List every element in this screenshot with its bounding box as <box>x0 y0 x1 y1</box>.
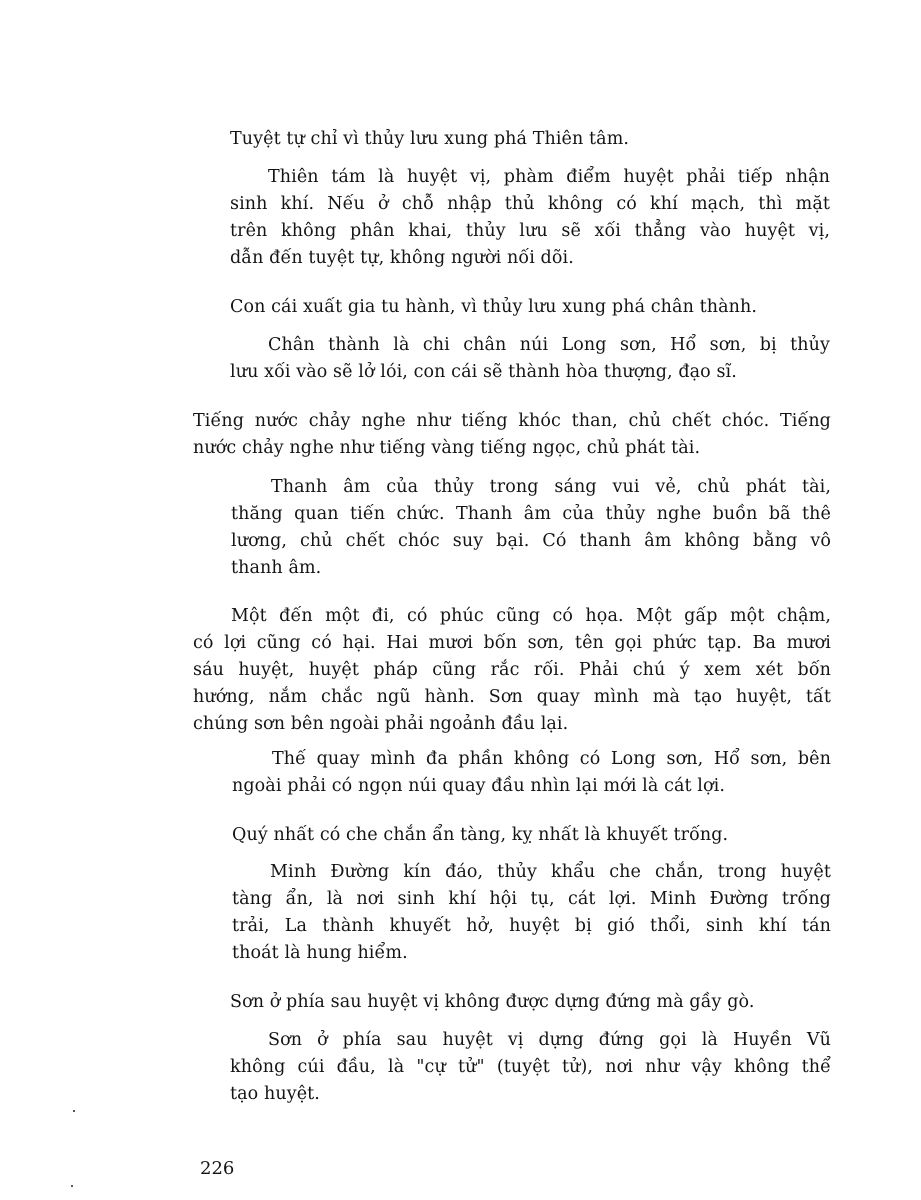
commentary-line: Thiên tám là huyệt vị, phàm điểm huyệt p… <box>268 164 830 190</box>
verse-line: có lợi cũng có hại. Hai mươi bốn sơn, tê… <box>193 630 831 656</box>
commentary-line: tàng ẩn, là nơi sinh khí hội tụ, cát lợi… <box>232 886 831 912</box>
commentary-line: Chân thành là chi chân núi Long sơn, Hổ … <box>268 332 830 358</box>
commentary-line: Thanh âm của thủy trong sáng vui vẻ, chủ… <box>271 474 831 500</box>
verse-line: Con cái xuất gia tu hành, vì thủy lưu xu… <box>230 294 757 320</box>
commentary-line: không cúi đầu, là "cự tử" (tuyệt tử), nơ… <box>230 1054 831 1080</box>
verse-line: hướng, nắm chắc ngũ hành. Sơn quay mình … <box>193 684 831 710</box>
commentary-line: thăng quan tiến chức. Thanh âm của thủy … <box>231 501 831 527</box>
scan-speck <box>73 1110 75 1112</box>
commentary-line: trên không phân khai, thủy lưu sẽ xối th… <box>230 218 830 244</box>
commentary-line: tạo huyệt. <box>230 1081 320 1107</box>
commentary-line: lưu xối vào sẽ lở lói, con cái sẽ thành … <box>230 359 737 385</box>
verse-line: Tiếng nước chảy nghe như tiếng khóc than… <box>193 408 831 434</box>
commentary-line: trải, La thành khuyết hở, huyệt bị gió t… <box>232 913 831 939</box>
verse-line: nước chảy nghe như tiếng vàng tiếng ngọc… <box>193 435 700 461</box>
commentary-line: dẫn đến tuyệt tự, không người nối dõi. <box>230 245 574 271</box>
commentary-line: sinh khí. Nếu ở chỗ nhập thủ không có kh… <box>230 191 830 217</box>
scan-speck <box>71 1185 73 1187</box>
verse-line: Tuyệt tự chỉ vì thủy lưu xung phá Thiên … <box>230 126 629 152</box>
verse-line: Một đến một đi, có phúc cũng có họa. Một… <box>231 603 831 629</box>
commentary-line: lương, chủ chết chóc suy bại. Có thanh â… <box>231 528 831 554</box>
commentary-line: Thế quay mình đa phần không có Long sơn,… <box>272 746 831 772</box>
verse-line: sáu huyệt, huyệt pháp cũng rắc rối. Phải… <box>193 657 831 683</box>
verse-line: Quý nhất có che chắn ẩn tàng, kỵ nhất là… <box>232 822 728 848</box>
commentary-line: ngoài phải có ngọn núi quay đầu nhìn lại… <box>232 773 725 799</box>
verse-line: chúng sơn bên ngoài phải ngoảnh đầu lại. <box>193 711 568 737</box>
verse-line: Sơn ở phía sau huyệt vị không được dựng … <box>230 989 755 1015</box>
commentary-line: Sơn ở phía sau huyệt vị dựng đứng gọi là… <box>268 1027 831 1053</box>
commentary-line: thanh âm. <box>231 555 321 581</box>
page-number: 226 <box>200 1158 234 1180</box>
commentary-line: Minh Đường kín đáo, thủy khẩu che chắn, … <box>270 859 831 885</box>
book-page: Tuyệt tự chỉ vì thủy lưu xung phá Thiên … <box>0 0 921 1200</box>
commentary-line: thoát là hung hiểm. <box>232 940 408 966</box>
